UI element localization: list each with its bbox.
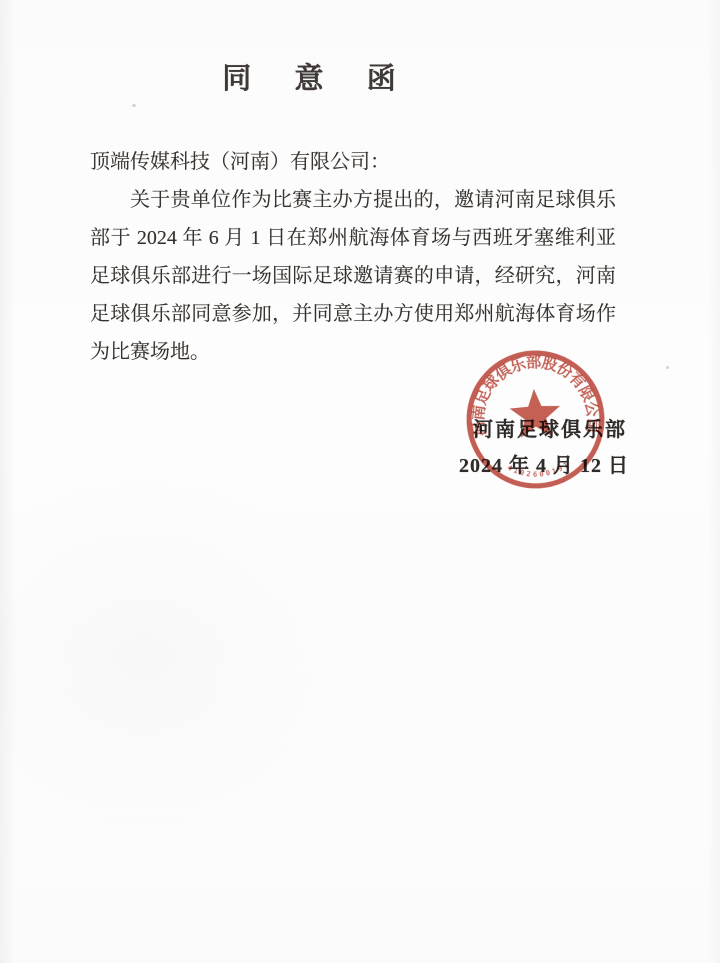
signature-line: 河南足球俱乐部 — [473, 413, 627, 442]
document-page: 同 意 函 顶端传媒科技（河南）有限公司： 关于贵单位作为比赛主办方提出的，邀请… — [0, 0, 720, 963]
date-line: 2024 年 4 月 12 日 — [459, 449, 629, 478]
scan-speck — [666, 366, 669, 369]
body-paragraph: 关于贵单位作为比赛主办方提出的，邀请河南足球俱乐部于 2024 年 6 月 1 … — [90, 181, 616, 371]
addressee-line: 顶端传媒科技（河南）有限公司： — [90, 143, 616, 181]
letter-body: 顶端传媒科技（河南）有限公司： 关于贵单位作为比赛主办方提出的，邀请河南足球俱乐… — [90, 143, 616, 371]
scan-speck — [132, 104, 136, 107]
document-title: 同 意 函 — [0, 56, 636, 97]
